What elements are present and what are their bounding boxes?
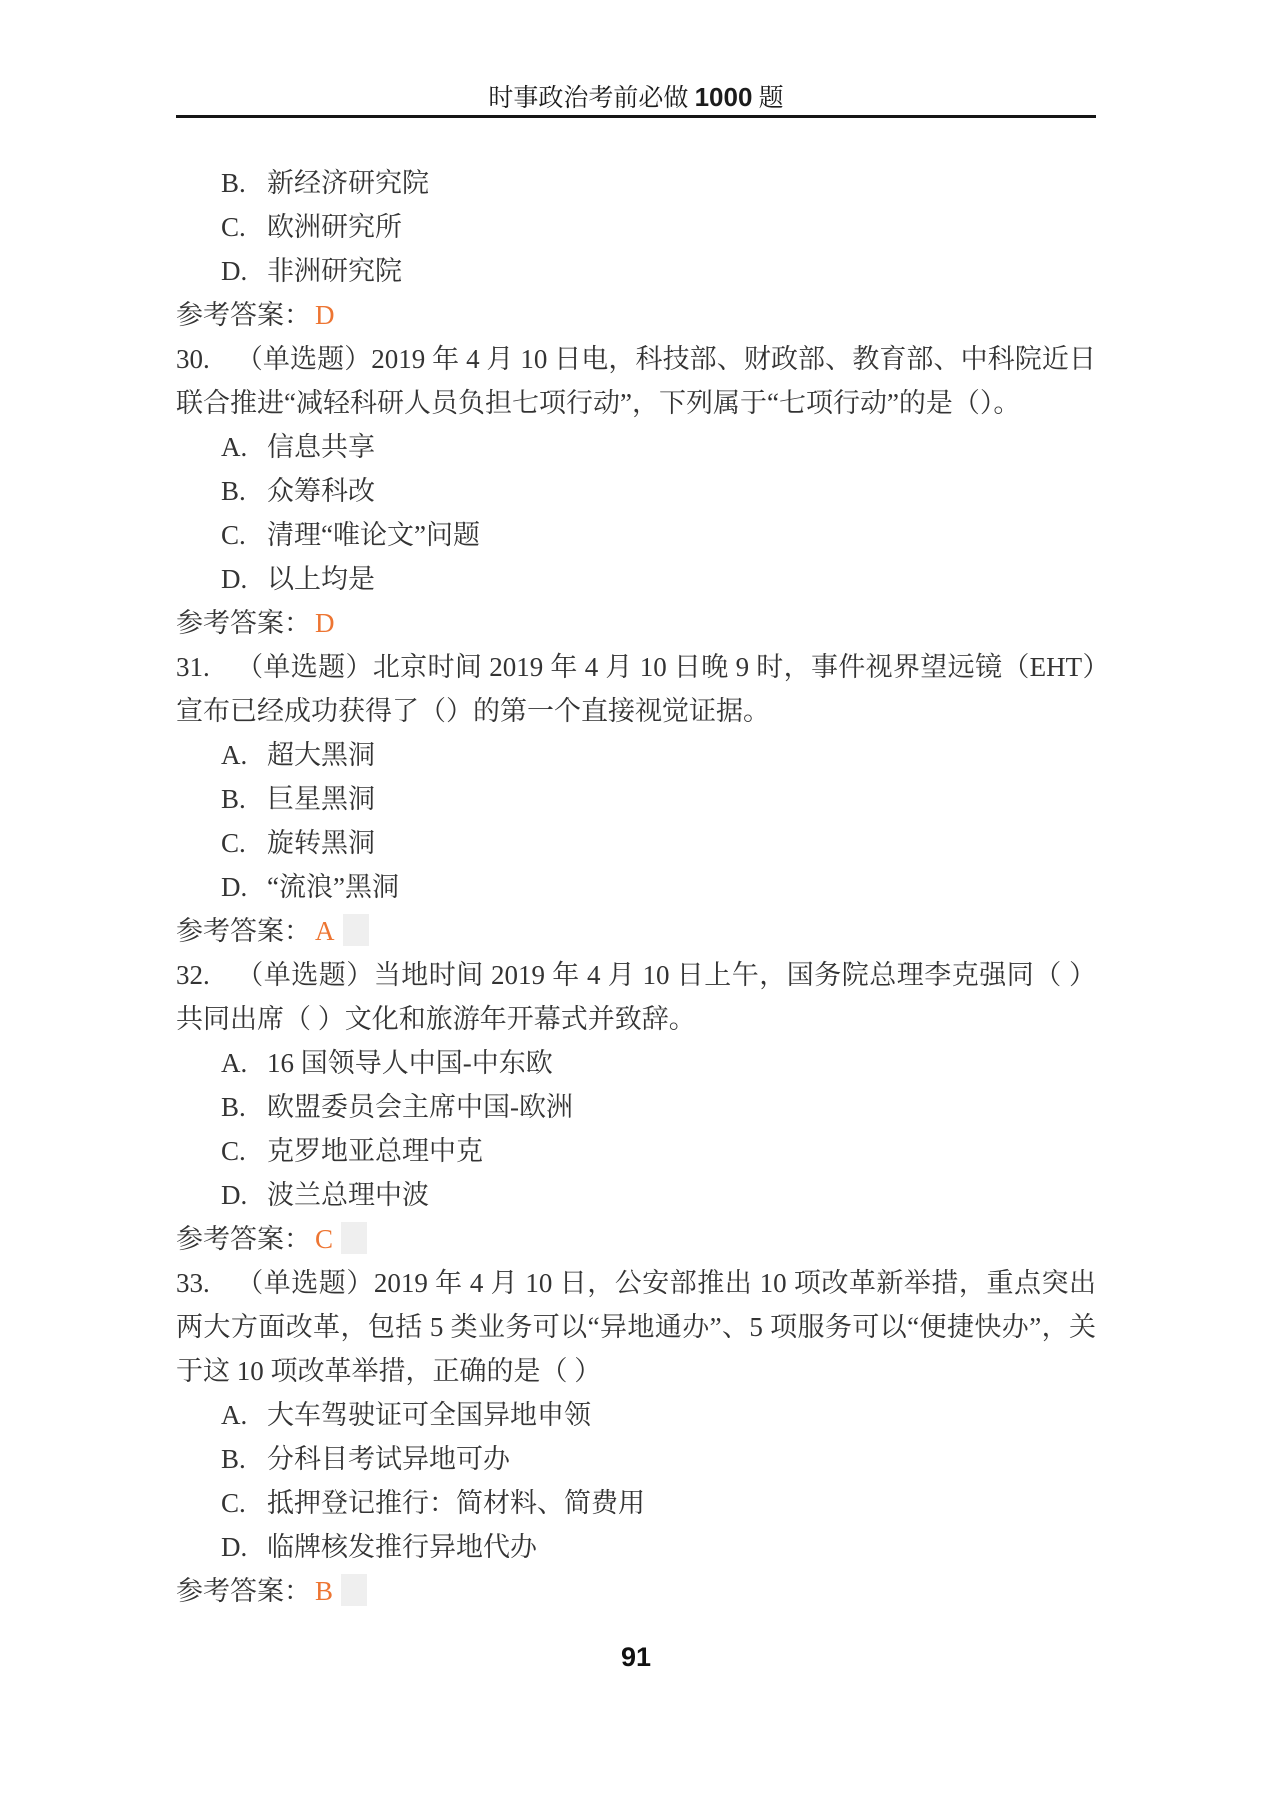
header-rule [176, 115, 1096, 118]
option-letter: D. [221, 557, 267, 601]
option-letter: D. [221, 249, 267, 293]
option-text: 分科目考试异地可办 [267, 1444, 510, 1474]
option-text: 众筹科改 [267, 476, 375, 506]
option-row: C.欧洲研究所 [176, 205, 1096, 249]
question-number: 33. [176, 1268, 210, 1298]
option-letter: B. [221, 469, 267, 513]
option-row: B.欧盟委员会主席中国-欧洲 [176, 1085, 1096, 1129]
question-stem: 31.（单选题）北京时间 2019 年 4 月 10 日晚 9 时，事件视界望远… [176, 645, 1096, 733]
option-row: B.分科目考试异地可办 [176, 1437, 1096, 1481]
answer-row: 参考答案：D [176, 601, 1096, 645]
option-letter: A. [221, 1393, 267, 1437]
answer-label: 参考答案： [176, 608, 311, 638]
option-text: 临牌核发推行异地代办 [267, 1532, 537, 1562]
question-stem-text: （单选题）2019 年 4 月 10 日电，科技部、财政部、教育部、中科院近日联… [176, 344, 1096, 418]
page-header-title: 时事政治考前必做 1000 题 [0, 84, 1272, 111]
option-text: 抵押登记推行：简材料、简费用 [267, 1488, 645, 1518]
option-letter: A. [221, 425, 267, 469]
exam-document-page: 时事政治考前必做 1000 题 B.新经济研究院 C.欧洲研究所 D.非洲研究院… [0, 0, 1272, 1800]
question-block: 33.（单选题）2019 年 4 月 10 日，公安部推出 10 项改革新举措，… [176, 1261, 1096, 1613]
option-letter: A. [221, 1041, 267, 1085]
option-row: D.“流浪”黑洞 [176, 865, 1096, 909]
option-letter: C. [221, 1129, 267, 1173]
question-stem: 30.（单选题）2019 年 4 月 10 日电，科技部、财政部、教育部、中科院… [176, 337, 1096, 425]
answer-value: D [315, 608, 335, 638]
header-title-suffix: 题 [752, 85, 783, 112]
answer-row: 参考答案：D [176, 293, 1096, 337]
option-row: C.克罗地亚总理中克 [176, 1129, 1096, 1173]
answer-highlight-box [341, 1574, 367, 1606]
question-number: 30. [176, 344, 210, 374]
question-stem: 33.（单选题）2019 年 4 月 10 日，公安部推出 10 项改革新举措，… [176, 1261, 1096, 1393]
option-text: 波兰总理中波 [267, 1180, 429, 1210]
option-letter: D. [221, 865, 267, 909]
question-number: 31. [176, 652, 210, 682]
option-text: “流浪”黑洞 [267, 872, 399, 902]
option-row: D.临牌核发推行异地代办 [176, 1525, 1096, 1569]
question-stem-text: （单选题）北京时间 2019 年 4 月 10 日晚 9 时，事件视界望远镜（E… [176, 652, 1096, 726]
question-block: B.新经济研究院 C.欧洲研究所 D.非洲研究院 参考答案：D [176, 161, 1096, 337]
content-area: B.新经济研究院 C.欧洲研究所 D.非洲研究院 参考答案：D 30.（单选题）… [176, 161, 1096, 1613]
option-text: 信息共享 [267, 432, 375, 462]
option-row: B.巨星黑洞 [176, 777, 1096, 821]
answer-value: A [315, 916, 335, 946]
option-letter: C. [221, 821, 267, 865]
option-row: A.超大黑洞 [176, 733, 1096, 777]
question-stem-text: （单选题）当地时间 2019 年 4 月 10 日上午，国务院总理李克强同（ ）… [176, 960, 1096, 1034]
option-row: A.信息共享 [176, 425, 1096, 469]
question-block: 31.（单选题）北京时间 2019 年 4 月 10 日晚 9 时，事件视界望远… [176, 645, 1096, 953]
answer-value: D [315, 300, 335, 330]
page-number: 91 [0, 1642, 1272, 1673]
option-text: 克罗地亚总理中克 [267, 1136, 483, 1166]
header-title-prefix: 时事政治考前必做 [488, 85, 694, 112]
option-text: 旋转黑洞 [267, 828, 375, 858]
option-letter: C. [221, 205, 267, 249]
answer-highlight-box [343, 914, 369, 946]
option-letter: B. [221, 1085, 267, 1129]
answer-row: 参考答案：C [176, 1217, 1096, 1261]
option-text: 16 国领导人中国-中东欧 [267, 1048, 553, 1078]
answer-label: 参考答案： [176, 1224, 311, 1254]
option-row: B.众筹科改 [176, 469, 1096, 513]
option-text: 新经济研究院 [267, 168, 429, 198]
option-row: C.旋转黑洞 [176, 821, 1096, 865]
option-text: 非洲研究院 [267, 256, 402, 286]
option-row: A.大车驾驶证可全国异地申领 [176, 1393, 1096, 1437]
option-letter: D. [221, 1173, 267, 1217]
option-letter: B. [221, 161, 267, 205]
option-text: 超大黑洞 [267, 740, 375, 770]
answer-value: B [315, 1576, 333, 1606]
question-stem-text: （单选题）2019 年 4 月 10 日，公安部推出 10 项改革新举措，重点突… [176, 1268, 1096, 1386]
option-row: A.16 国领导人中国-中东欧 [176, 1041, 1096, 1085]
question-block: 30.（单选题）2019 年 4 月 10 日电，科技部、财政部、教育部、中科院… [176, 337, 1096, 645]
option-row: D.非洲研究院 [176, 249, 1096, 293]
answer-row: 参考答案：A [176, 909, 1096, 953]
option-row: C.清理“唯论文”问题 [176, 513, 1096, 557]
option-letter: C. [221, 513, 267, 557]
option-text: 欧洲研究所 [267, 212, 402, 242]
option-row: D.以上均是 [176, 557, 1096, 601]
option-letter: A. [221, 733, 267, 777]
option-row: C.抵押登记推行：简材料、简费用 [176, 1481, 1096, 1525]
header-title-number: 1000 [695, 82, 753, 112]
answer-label: 参考答案： [176, 300, 311, 330]
option-letter: B. [221, 777, 267, 821]
option-letter: B. [221, 1437, 267, 1481]
option-letter: C. [221, 1481, 267, 1525]
option-text: 欧盟委员会主席中国-欧洲 [267, 1092, 573, 1122]
option-text: 巨星黑洞 [267, 784, 375, 814]
answer-label: 参考答案： [176, 916, 311, 946]
question-block: 32.（单选题）当地时间 2019 年 4 月 10 日上午，国务院总理李克强同… [176, 953, 1096, 1261]
option-text: 大车驾驶证可全国异地申领 [267, 1400, 591, 1430]
option-text: 以上均是 [267, 564, 375, 594]
option-row: D.波兰总理中波 [176, 1173, 1096, 1217]
answer-row: 参考答案：B [176, 1569, 1096, 1613]
question-stem: 32.（单选题）当地时间 2019 年 4 月 10 日上午，国务院总理李克强同… [176, 953, 1096, 1041]
option-row: B.新经济研究院 [176, 161, 1096, 205]
answer-highlight-box [341, 1222, 367, 1254]
question-number: 32. [176, 960, 210, 990]
option-text: 清理“唯论文”问题 [267, 520, 480, 550]
answer-label: 参考答案： [176, 1576, 311, 1606]
answer-value: C [315, 1224, 333, 1254]
option-letter: D. [221, 1525, 267, 1569]
